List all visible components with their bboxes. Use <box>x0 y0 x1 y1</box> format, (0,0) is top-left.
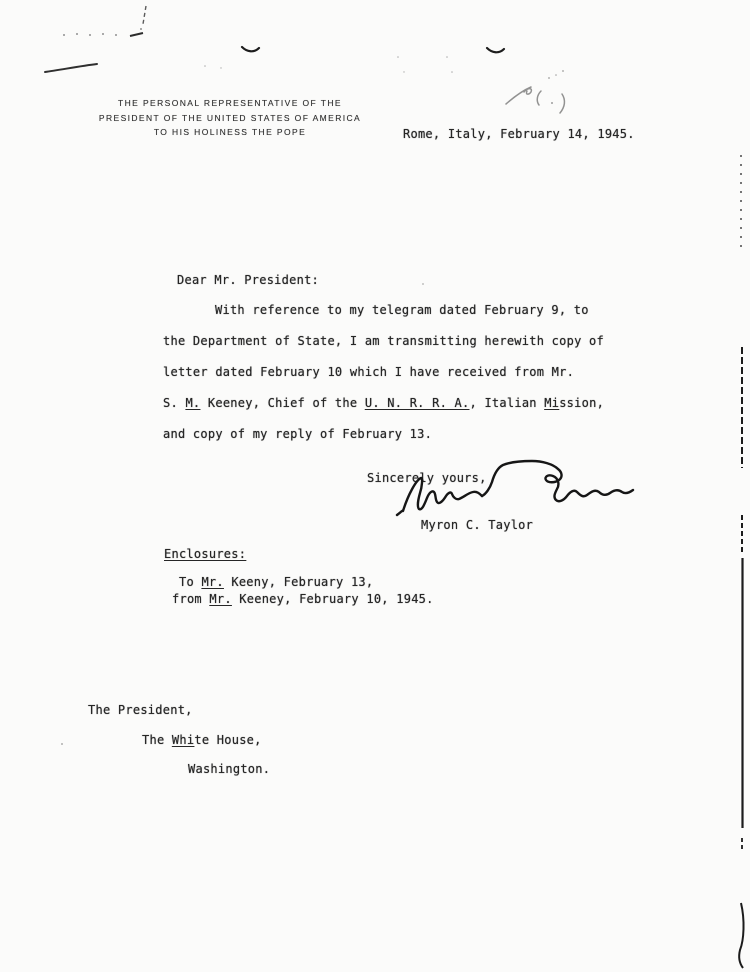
enclosures-heading: Enclosures: <box>164 547 246 562</box>
enclosure-1-pre: To <box>179 575 201 589</box>
address-2-pre: The <box>142 733 172 747</box>
enclosure-2-post: Keeney, February 10, 1945. <box>232 592 434 606</box>
valediction: Sincerely yours, <box>367 471 487 486</box>
signature-script <box>0 0 750 972</box>
letterhead-line-1: THE PERSONAL REPRESENTATIVE OF THE <box>85 96 375 111</box>
pencil-annotation <box>0 0 750 972</box>
address-line-2: The White House, <box>142 733 262 748</box>
address-2-whi-underlined: Whi <box>172 733 194 747</box>
scan-artifacts <box>0 0 750 972</box>
enclosure-item-2: from Mr. Keeney, February 10, 1945. <box>172 592 434 607</box>
body-line-4-post2: ssion, <box>559 396 604 410</box>
body-line-3: letter dated February 10 which I have re… <box>163 365 574 380</box>
unrra-underlined: U. N. R. R. A. <box>365 396 470 410</box>
body-line-4-mid: Keeney, Chief of the <box>200 396 364 410</box>
enclosure-2-mr-underlined: Mr. <box>209 592 231 606</box>
typed-signature-name: Myron C. Taylor <box>421 518 533 533</box>
enclosure-1-mr-underlined: Mr. <box>201 575 223 589</box>
body-line-4-pre: S. <box>163 396 185 410</box>
body-line-1: With reference to my telegram dated Febr… <box>215 303 589 318</box>
address-2-post: te House, <box>194 733 261 747</box>
m-underlined: M. <box>185 396 200 410</box>
letterhead-line-3: TO HIS HOLINESS THE POPE <box>85 125 375 140</box>
address-line-3: Washington. <box>188 762 270 777</box>
dateline: Rome, Italy, February 14, 1945. <box>403 127 635 142</box>
body-line-5: and copy of my reply of February 13. <box>163 427 432 442</box>
enclosure-item-1: To Mr. Keeny, February 13, <box>179 575 373 590</box>
letterhead: THE PERSONAL REPRESENTATIVE OF THE PRESI… <box>85 96 375 140</box>
salutation: Dear Mr. President: <box>177 273 319 288</box>
body-line-4: S. M. Keeney, Chief of the U. N. R. R. A… <box>163 396 604 411</box>
enclosure-2-pre: from <box>172 592 209 606</box>
body-line-4-post1: , Italian <box>470 396 545 410</box>
letter-page: THE PERSONAL REPRESENTATIVE OF THE PRESI… <box>0 0 750 972</box>
mission-underlined: Mi <box>544 396 559 410</box>
address-line-1: The President, <box>88 703 193 718</box>
enclosure-1-post: Keeny, February 13, <box>224 575 374 589</box>
body-line-2: the Department of State, I am transmitti… <box>163 334 604 349</box>
letterhead-line-2: PRESIDENT OF THE UNITED STATES OF AMERIC… <box>85 111 375 126</box>
